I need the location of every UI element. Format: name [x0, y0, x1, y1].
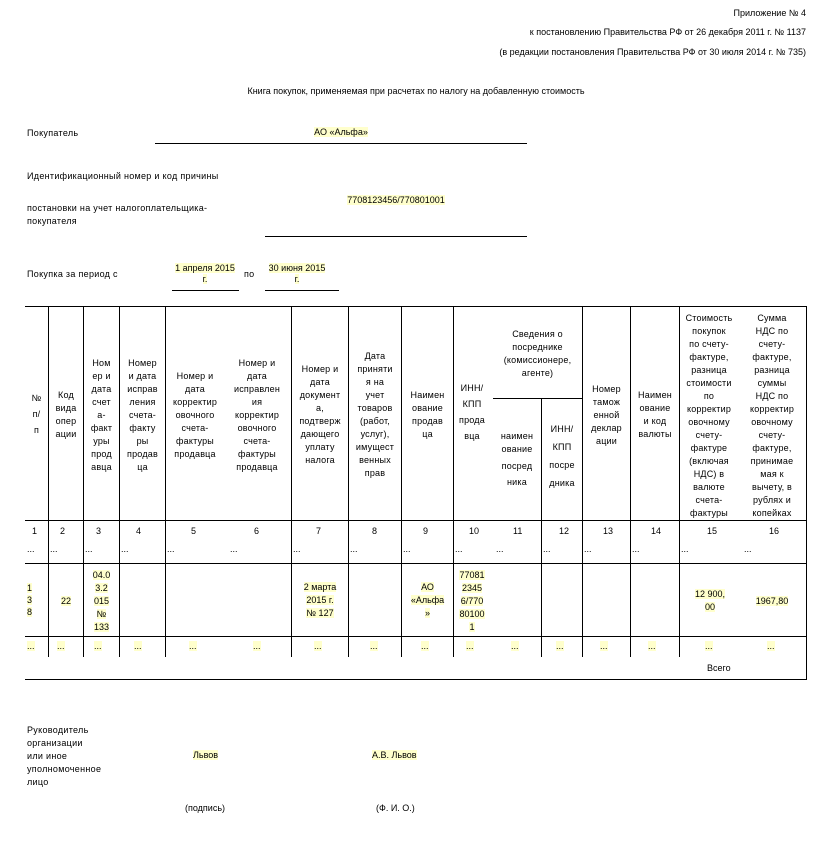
ellipsis: ...: [57, 641, 65, 651]
buyer-underline: [155, 143, 527, 144]
ellipsis: ...: [648, 641, 656, 651]
column-number: 1: [32, 526, 37, 536]
row-divider-1: [25, 563, 807, 564]
revision-reference: (в редакции постановления Правительства …: [300, 47, 806, 57]
period-to-label: по: [244, 268, 254, 281]
header-group-intermediary: Сведения о посреднике (комиссионере, аге…: [493, 328, 582, 380]
column-number: 8: [372, 526, 377, 536]
header-col-4: Номери датаисправлениясчета-фактурыпрода…: [120, 357, 165, 474]
ellipsis: ...: [230, 544, 238, 554]
ellipsis: ...: [314, 641, 322, 651]
ellipsis: ...: [134, 641, 142, 651]
column-number: 12: [559, 526, 569, 536]
table-right-border: [806, 306, 807, 680]
ellipsis: ...: [511, 641, 519, 651]
table-bottom-border: [25, 679, 807, 680]
ellipsis: ...: [421, 641, 429, 651]
column-number: 16: [769, 526, 779, 536]
header-col-12: ИНН/КППпосредника: [542, 420, 582, 492]
ellipsis: ...: [543, 544, 551, 554]
col-line: [630, 306, 631, 657]
appendix-number: Приложение № 4: [400, 8, 806, 18]
column-number: 3: [96, 526, 101, 536]
column-number: 11: [513, 526, 522, 536]
ellipsis: ...: [293, 544, 301, 554]
row-invoice: 04.03.2015№133: [84, 569, 119, 634]
ellipsis: ...: [767, 641, 775, 651]
name-caption: (Ф. И. О.): [376, 803, 415, 813]
header-col-7: Номер идатадокумента,подтверждающегоупла…: [292, 363, 348, 467]
ellipsis: ...: [496, 544, 504, 554]
ellipsis: ...: [705, 641, 713, 651]
name-value: А.В. Львов: [372, 750, 417, 760]
ellipsis: ...: [681, 544, 689, 554]
header-col-8: Датапринятия научеттоваров(работ,услуг),…: [349, 350, 401, 480]
ellipsis: ...: [27, 641, 35, 651]
header-col-1: №п/п: [25, 390, 48, 438]
ellipsis: ...: [350, 544, 358, 554]
ellipsis: ...: [189, 641, 197, 651]
row-op-code: 22: [49, 595, 83, 608]
header-col-15: Стоимостьпокупокпо счету-фактуре,разница…: [680, 312, 738, 520]
col-line: [165, 306, 166, 657]
row-payment-doc: 2 марта2015 г.№ 127: [292, 581, 348, 620]
header-bottom-border: [25, 520, 807, 521]
signature-role-2: или иное уполномоченное лицо: [27, 750, 117, 789]
header-col-2: Кодвидаоперации: [49, 389, 83, 441]
table-top-border: [25, 306, 807, 307]
ellipsis: ...: [27, 544, 35, 554]
ellipsis: ...: [584, 544, 592, 554]
row-divider-2: [25, 636, 807, 637]
header-col-14: Наименованиеи кодвалюты: [631, 389, 679, 441]
column-number: 15: [707, 526, 717, 536]
ellipsis: ...: [403, 544, 411, 554]
signature-role-1: Руководитель организации: [27, 724, 137, 750]
ellipsis: ...: [466, 641, 474, 651]
ellipsis: ...: [455, 544, 463, 554]
row-seller: АО«Альфа»: [402, 581, 453, 620]
group-divider: [493, 398, 582, 399]
ellipsis: ...: [600, 641, 608, 651]
buyer-value: АО «Альфа»: [155, 127, 527, 137]
col-line: [453, 306, 454, 657]
col-line: [582, 306, 583, 657]
period-to: 30 июня 2015 г.: [266, 263, 328, 285]
header-col-5: Номер идатакорректировочногосчета-фактур…: [166, 370, 224, 461]
ellipsis: ...: [556, 641, 564, 651]
ellipsis: ...: [94, 641, 102, 651]
ellipsis: ...: [632, 544, 640, 554]
header-col-11: наименованиепосредника: [493, 430, 541, 489]
column-number: 6: [254, 526, 259, 536]
row-cost: 12 900,00: [680, 588, 740, 614]
decree-reference: к постановлению Правительства РФ от 26 д…: [300, 27, 806, 37]
ellipsis: ...: [121, 544, 129, 554]
row-number: 138: [27, 582, 37, 618]
period-from-underline: [172, 290, 239, 291]
row-seller-inn: 7708123456/770801001: [455, 569, 489, 634]
column-number: 2: [60, 526, 65, 536]
document-title: Книга покупок, применяемая при расчетах …: [0, 86, 826, 96]
column-number: 14: [651, 526, 661, 536]
column-number: 4: [136, 526, 141, 536]
header-col-6: Номер идатаисправлениякорректировочногос…: [224, 357, 290, 474]
period-from: 1 апреля 2015 г.: [172, 263, 238, 285]
column-number: 13: [603, 526, 613, 536]
inn-label-2: постановки на учет налогоплательщика-пок…: [27, 202, 242, 228]
ellipsis: ...: [370, 641, 378, 651]
inn-label-1: Идентификационный номер и код причины: [27, 170, 227, 183]
header-col-3: Номер идатасчета-фактурыпродавца: [84, 357, 119, 474]
signature-value: Львов: [193, 750, 218, 760]
header-col-9: Наименованиепродавца: [402, 389, 453, 441]
buyer-label: Покупатель: [27, 127, 78, 140]
row-vat: 1967,80: [742, 595, 802, 608]
column-number: 10: [469, 526, 479, 536]
inn-value: 7708123456/770801001: [265, 195, 527, 205]
period-label: Покупка за период с: [27, 268, 118, 281]
signature-caption: (подпись): [185, 803, 225, 813]
header-col-13: Номертаможеннойдекларации: [583, 383, 630, 448]
period-to-underline: [265, 290, 339, 291]
ellipsis: ...: [50, 544, 58, 554]
ellipsis: ...: [744, 544, 752, 554]
inn-underline: [265, 236, 527, 237]
column-number: 5: [191, 526, 196, 536]
header-col-16: СуммаНДС посчету-фактуре,разницасуммыНДС…: [740, 312, 804, 520]
column-number: 9: [423, 526, 428, 536]
total-label: Всего: [707, 662, 731, 675]
ellipsis: ...: [167, 544, 175, 554]
ellipsis: ...: [253, 641, 261, 651]
column-number: 7: [316, 526, 321, 536]
header-col-10: ИНН/КППпродавца: [454, 380, 490, 444]
ellipsis: ...: [85, 544, 93, 554]
